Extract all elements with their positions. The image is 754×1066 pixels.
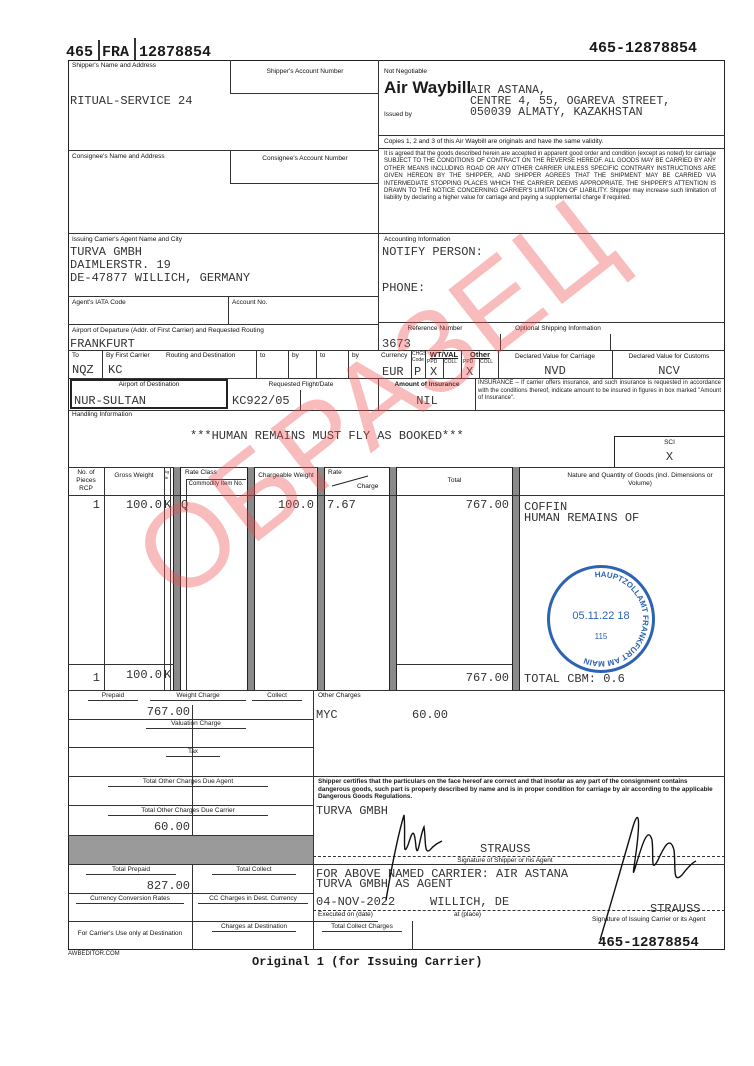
shipper-signatory: STRAUSS	[480, 843, 530, 856]
due-carrier-label: Total Other Charges Due Carrier	[108, 806, 268, 816]
flight-label: Requested Flight/Date	[256, 381, 346, 389]
other-charge-code: MYC	[316, 709, 338, 722]
divider	[316, 350, 317, 378]
notify-person: NOTIFY PERSON:	[382, 246, 483, 259]
destination-label: Airport of Destination	[72, 381, 226, 389]
sci-label: SCI	[614, 439, 725, 447]
other-label: Other	[462, 350, 498, 359]
divider	[378, 135, 725, 136]
divider	[412, 921, 413, 950]
not-negotiable-label: Not Negotiable	[384, 68, 427, 76]
insurance-amount: NIL	[380, 395, 474, 408]
insurance-note: INSURANCE – If carrier offers insurance,…	[478, 380, 721, 403]
divider	[378, 378, 379, 410]
divider	[256, 350, 257, 378]
optional-shipping-label: Optional Shipping Information	[498, 325, 618, 333]
awb-origin: FRA	[102, 44, 129, 61]
column-separator	[512, 467, 520, 690]
divider	[479, 359, 480, 378]
routing-dest-label: Routing and Destination	[166, 352, 235, 360]
destination-airport: NUR-SULTAN	[74, 395, 146, 408]
row-chargeable: 100.0	[256, 499, 314, 512]
copies-note: Copies 1, 2 and 3 of this Air Waybill ar…	[384, 138, 603, 146]
agent-iata-label: Agent's IATA Code	[72, 299, 126, 307]
column-separator	[173, 467, 181, 690]
reference-label: Reference Number	[380, 325, 490, 333]
to3-label: to	[320, 352, 325, 360]
awb-serial: 12878854	[139, 44, 211, 61]
total-gross: 100.0	[106, 669, 162, 682]
divider	[228, 296, 229, 324]
divider	[378, 322, 725, 323]
agent-label: Issuing Carrier's Agent Name and City	[72, 236, 182, 244]
currency-label: Currency	[381, 352, 407, 360]
divider	[498, 350, 499, 378]
dv-customs-label: Declared Value for Customs	[613, 353, 725, 361]
to-label: To	[72, 352, 79, 360]
routing-to: NQZ	[72, 364, 94, 377]
divider	[134, 38, 136, 60]
total-collect-label: Total Collect	[212, 865, 296, 875]
row-kg: K	[164, 499, 171, 512]
row-pieces: 1	[70, 499, 100, 512]
due-carrier-prepaid: 60.00	[70, 821, 190, 834]
issuer-line-3: 050039 ALMATY, KAZAKHSTAN	[470, 106, 643, 119]
column-separator	[389, 467, 397, 690]
cc-charges-label: CC Charges in Dest. Currency	[198, 894, 308, 904]
divider	[68, 664, 174, 665]
divider	[230, 150, 231, 183]
charges-dest-label: Charges at Destination	[212, 922, 296, 932]
divider	[443, 359, 444, 378]
awb-number-bottom: 465-12878854	[598, 935, 699, 951]
issued-by-label: Issued by	[384, 111, 412, 119]
requested-flight: KC922/05	[232, 395, 290, 408]
insurance-label: Amount of Insurance	[380, 381, 474, 389]
date-label: Executed on (date)	[318, 911, 373, 919]
other-coll-label: COLL	[480, 359, 496, 365]
conversion-rates-label: Currency Conversion Rates	[76, 894, 184, 904]
divider	[313, 690, 314, 950]
by3-label: by	[352, 352, 359, 360]
total-prepaid: 827.00	[70, 880, 190, 893]
row-nature-2: HUMAN REMAINS OF	[524, 512, 639, 525]
shipper-certification: Shipper certifies that the particulars o…	[318, 778, 721, 801]
awb-number-top: 465-12878854	[589, 40, 697, 57]
first-carrier-label: By First Carrier	[106, 352, 150, 360]
column-separator	[317, 467, 325, 690]
due-agent-label: Total Other Charges Due Agent	[108, 777, 268, 787]
stamp-number: 115	[550, 632, 652, 641]
customs-stamp: HAUPTZOLLAMT FRANKFURT AM MAIN 05.11.22 …	[547, 565, 655, 673]
shipper-label: Shipper's Name and Address	[72, 62, 156, 70]
air-waybill-title: Air Waybill	[384, 78, 471, 98]
divider	[102, 350, 103, 378]
divider	[425, 350, 426, 378]
handling-label: Handling Information	[72, 411, 132, 419]
dv-carriage-label: Declared Value for Carriage	[500, 353, 610, 361]
editor-credit: AWBEDITOR.COM	[68, 951, 120, 957]
divider	[230, 183, 378, 184]
total-cbm: TOTAL CBM: 0.6	[524, 673, 625, 686]
total-amount: 767.00	[398, 672, 509, 685]
divider	[68, 233, 378, 234]
divider	[288, 350, 289, 378]
carrier-signature	[592, 805, 702, 945]
divider	[378, 148, 725, 149]
weight-charge-label: Weight Charge	[150, 691, 246, 701]
commodity-header: Commodity Item No.	[188, 481, 244, 488]
row-rate: 7.67	[327, 499, 356, 512]
original-copy-label: Original 1 (for Issuing Carrier)	[252, 955, 482, 969]
charge-header: Charge	[357, 483, 378, 491]
row-gross: 100.0	[106, 499, 162, 512]
divider	[68, 324, 378, 325]
weight-charge-prepaid: 767.00	[70, 706, 190, 719]
divider	[186, 479, 246, 480]
divider	[475, 378, 476, 410]
first-carrier: KC	[108, 364, 122, 377]
divider	[192, 705, 193, 950]
prepaid-label: Prepaid	[88, 691, 138, 701]
by2-label: by	[292, 352, 299, 360]
row-rate-class: Q	[181, 499, 188, 512]
divider	[230, 93, 378, 94]
gross-weight-header: Gross Weight	[106, 472, 162, 480]
valuation-charge-label: Valuation Charge	[146, 719, 246, 729]
divider	[378, 60, 379, 350]
dv-customs: NCV	[613, 365, 725, 378]
handling-text: ***HUMAN REMAINS MUST FLY AS BOOKED***	[190, 430, 464, 443]
divider	[300, 390, 301, 410]
total-pieces: 1	[70, 672, 100, 685]
divider	[104, 467, 105, 690]
other-charge-amount: 60.00	[412, 709, 448, 722]
wtval-coll-label: COLL	[444, 359, 460, 365]
divider	[230, 60, 231, 93]
consignee-account-label: Consignee's Account Number	[232, 155, 378, 163]
divider	[68, 350, 725, 351]
tax-label: Tax	[166, 747, 220, 757]
divider	[68, 150, 378, 151]
divider	[610, 334, 611, 350]
shipper-name[interactable]: RITUAL-SERVICE 24	[70, 95, 192, 108]
consignee-label: Consignee's Name and Address	[72, 153, 165, 161]
row-total: 767.00	[398, 499, 509, 512]
shipper-account-label: Shipper's Account Number	[232, 68, 378, 76]
divider	[68, 495, 725, 496]
divider	[397, 664, 512, 665]
wtval-label: WT/VAL	[427, 350, 461, 359]
collect-label: Collect	[252, 691, 302, 701]
dv-carriage: NVD	[500, 365, 610, 378]
divider	[68, 296, 378, 297]
divider	[68, 835, 313, 836]
stamp-date: 05.11.22 18	[550, 610, 652, 622]
accounting-label: Accounting Information	[384, 236, 450, 244]
conditions-text: It is agreed that the goods described he…	[384, 151, 716, 203]
divider	[500, 334, 501, 350]
phone: PHONE:	[382, 282, 425, 295]
total-prepaid-label: Total Prepaid	[86, 865, 176, 875]
chargeable-weight-header: Chargeable Weight	[256, 472, 316, 480]
divider	[378, 233, 725, 234]
agent-line-3: DE-47877 WILLICH, GERMANY	[70, 272, 250, 285]
column-separator	[247, 467, 255, 690]
agent-account-label: Account No.	[232, 299, 267, 307]
divider	[98, 40, 100, 60]
rate-class-header: Rate Class	[185, 469, 217, 477]
divider	[68, 410, 725, 411]
carrier-use-label: For Carrier's Use only at Destination	[72, 930, 188, 938]
other-charges-label: Other Charges	[318, 692, 361, 700]
place-label: at (place)	[454, 911, 481, 919]
departure-label: Airport of Departure (Addr. of First Car…	[72, 327, 264, 335]
divider	[348, 350, 349, 378]
total-kg: K	[164, 669, 171, 682]
total-collect-charges-label: Total Collect Charges	[322, 922, 402, 932]
chgs-label: CHGS Code	[412, 351, 424, 363]
sci-value: X	[614, 451, 725, 464]
to2-label: to	[260, 352, 265, 360]
shaded-row	[69, 835, 313, 864]
total-header: Total	[398, 477, 511, 485]
shipper-signature	[378, 805, 448, 905]
pieces-header: No. of Pieces RCP	[70, 469, 102, 493]
awb-prefix: 465	[66, 44, 93, 61]
nature-header: Nature and Quantity of Goods (incl. Dime…	[560, 472, 720, 488]
